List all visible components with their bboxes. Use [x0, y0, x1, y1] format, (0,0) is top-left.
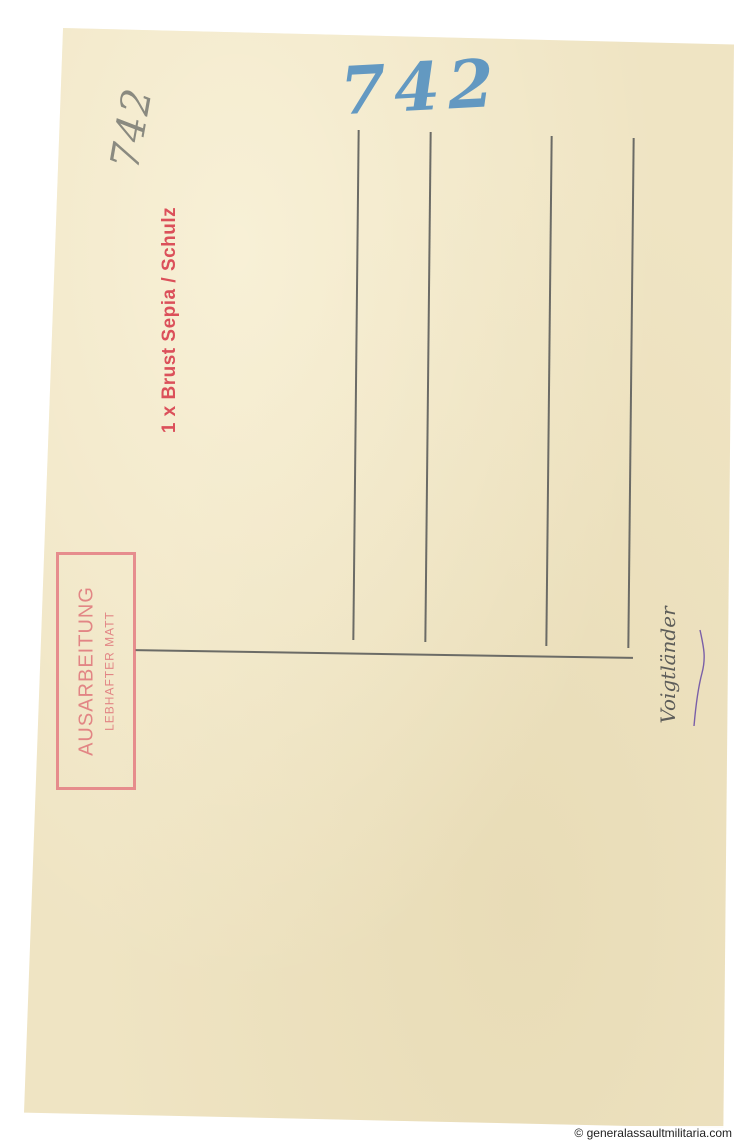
- publisher-signature: Voigtländer: [656, 606, 680, 723]
- purple-pencil-mark: [690, 628, 710, 728]
- handwritten-blue-number: 742: [338, 44, 504, 130]
- red-ink-stamp: 1 x Brust Sepia / Schulz: [159, 207, 181, 433]
- box-stamp: AUSARBEITUNG LEBHAFTER MATT: [56, 552, 136, 790]
- watermark: © generalassaultmilitaria.com: [571, 1126, 735, 1140]
- box-stamp-line-2: LEBHAFTER MATT: [103, 586, 117, 756]
- box-stamp-line-1: AUSARBEITUNG: [76, 586, 99, 756]
